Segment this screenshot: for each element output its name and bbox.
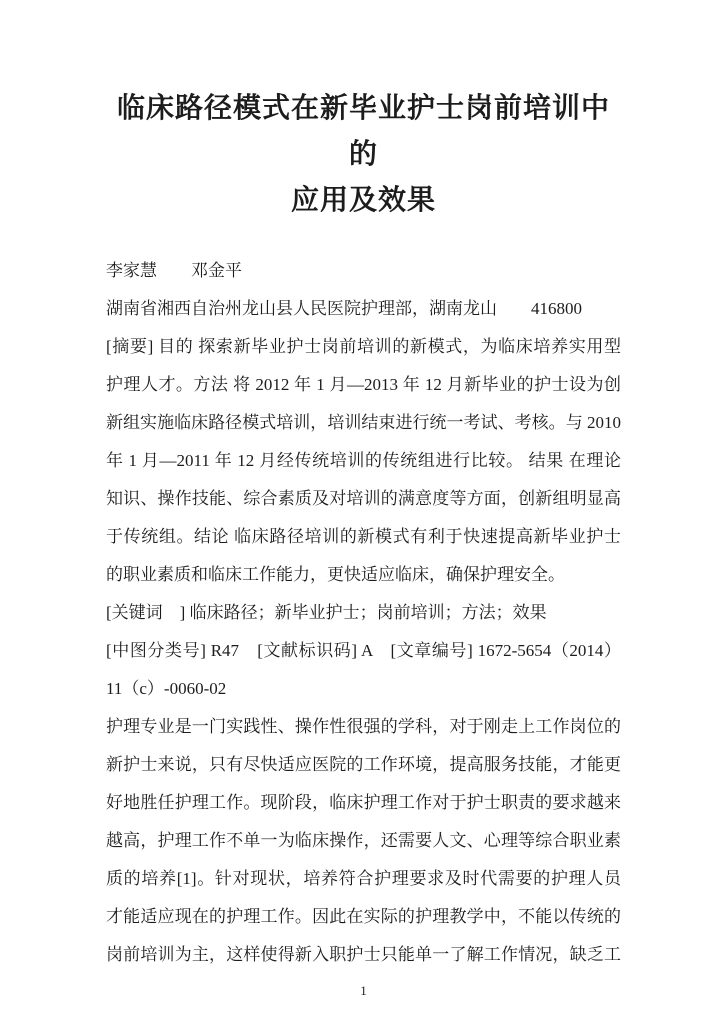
affiliation-line: 湖南省湘西自治州龙山县人民医院护理部，湖南龙山 416800 <box>106 290 621 328</box>
classification-line-2: 11（c）-0060-02 <box>106 670 621 708</box>
abstract-line: 护理人才。方法 将 2012 年 1 月—2013 年 12 月新毕业的护士设为… <box>106 366 621 404</box>
body-line: 岗前培训为主，这样使得新入职护士只能单一了解工作情况，缺乏工 <box>106 936 621 974</box>
title-line-2: 应用及效果 <box>106 178 621 224</box>
document-title: 临床路径模式在新毕业护士岗前培训中的 应用及效果 <box>106 86 621 224</box>
keywords-line: [关键词 ] 临床路径；新毕业护士；岗前培训；方法；效果 <box>106 594 621 632</box>
abstract-block: [摘要] 目的 探索新毕业护士岗前培训的新模式，为临床培养实用型 护理人才。方法… <box>106 328 621 594</box>
body-line: 才能适应现在的护理工作。因此在实际的护理教学中，不能以传统的 <box>106 898 621 936</box>
byline-block: 李家慧 邓金平 湖南省湘西自治州龙山县人民医院护理部，湖南龙山 416800 <box>106 252 621 328</box>
abstract-line: 年 1 月—2011 年 12 月经传统培训的传统组进行比较。 结果 在理论 <box>106 442 621 480</box>
page-number: 1 <box>106 976 621 1006</box>
metadata-block: [关键词 ] 临床路径；新毕业护士；岗前培训；方法；效果 [中图分类号] R47… <box>106 594 621 708</box>
classification-line: [中图分类号] R47 [文献标识码] A [文章编号] 1672-5654（2… <box>106 632 621 670</box>
authors-line: 李家慧 邓金平 <box>106 252 621 290</box>
document-page: 临床路径模式在新毕业护士岗前培训中的 应用及效果 李家慧 邓金平 湖南省湘西自治… <box>0 0 721 1020</box>
body-line: 越高，护理工作不单一为临床操作，还需要人文、心理等综合职业素 <box>106 822 621 860</box>
abstract-line: 知识、操作技能、综合素质及对培训的满意度等方面，创新组明显高 <box>106 480 621 518</box>
body-line: 质的培养[1]。针对现状，培养符合护理要求及时代需要的护理人员 <box>106 860 621 898</box>
abstract-line: 新组实施临床路径模式培训，培训结束进行统一考试、考核。与 2010 <box>106 404 621 442</box>
title-line-1: 临床路径模式在新毕业护士岗前培训中的 <box>106 86 621 178</box>
abstract-line: [摘要] 目的 探索新毕业护士岗前培训的新模式，为临床培养实用型 <box>106 328 621 366</box>
abstract-line: 于传统组。结论 临床路径培训的新模式有利于快速提高新毕业护士 <box>106 518 621 556</box>
abstract-line: 的职业素质和临床工作能力，更快适应临床，确保护理安全。 <box>106 556 621 594</box>
body-paragraph: 护理专业是一门实践性、操作性很强的学科，对于刚走上工作岗位的 新护士来说，只有尽… <box>106 708 621 974</box>
body-line: 好地胜任护理工作。现阶段，临床护理工作对于护士职责的要求越来 <box>106 784 621 822</box>
body-line: 新护士来说，只有尽快适应医院的工作环境，提高服务技能，才能更 <box>106 746 621 784</box>
body-line: 护理专业是一门实践性、操作性很强的学科，对于刚走上工作岗位的 <box>106 708 621 746</box>
